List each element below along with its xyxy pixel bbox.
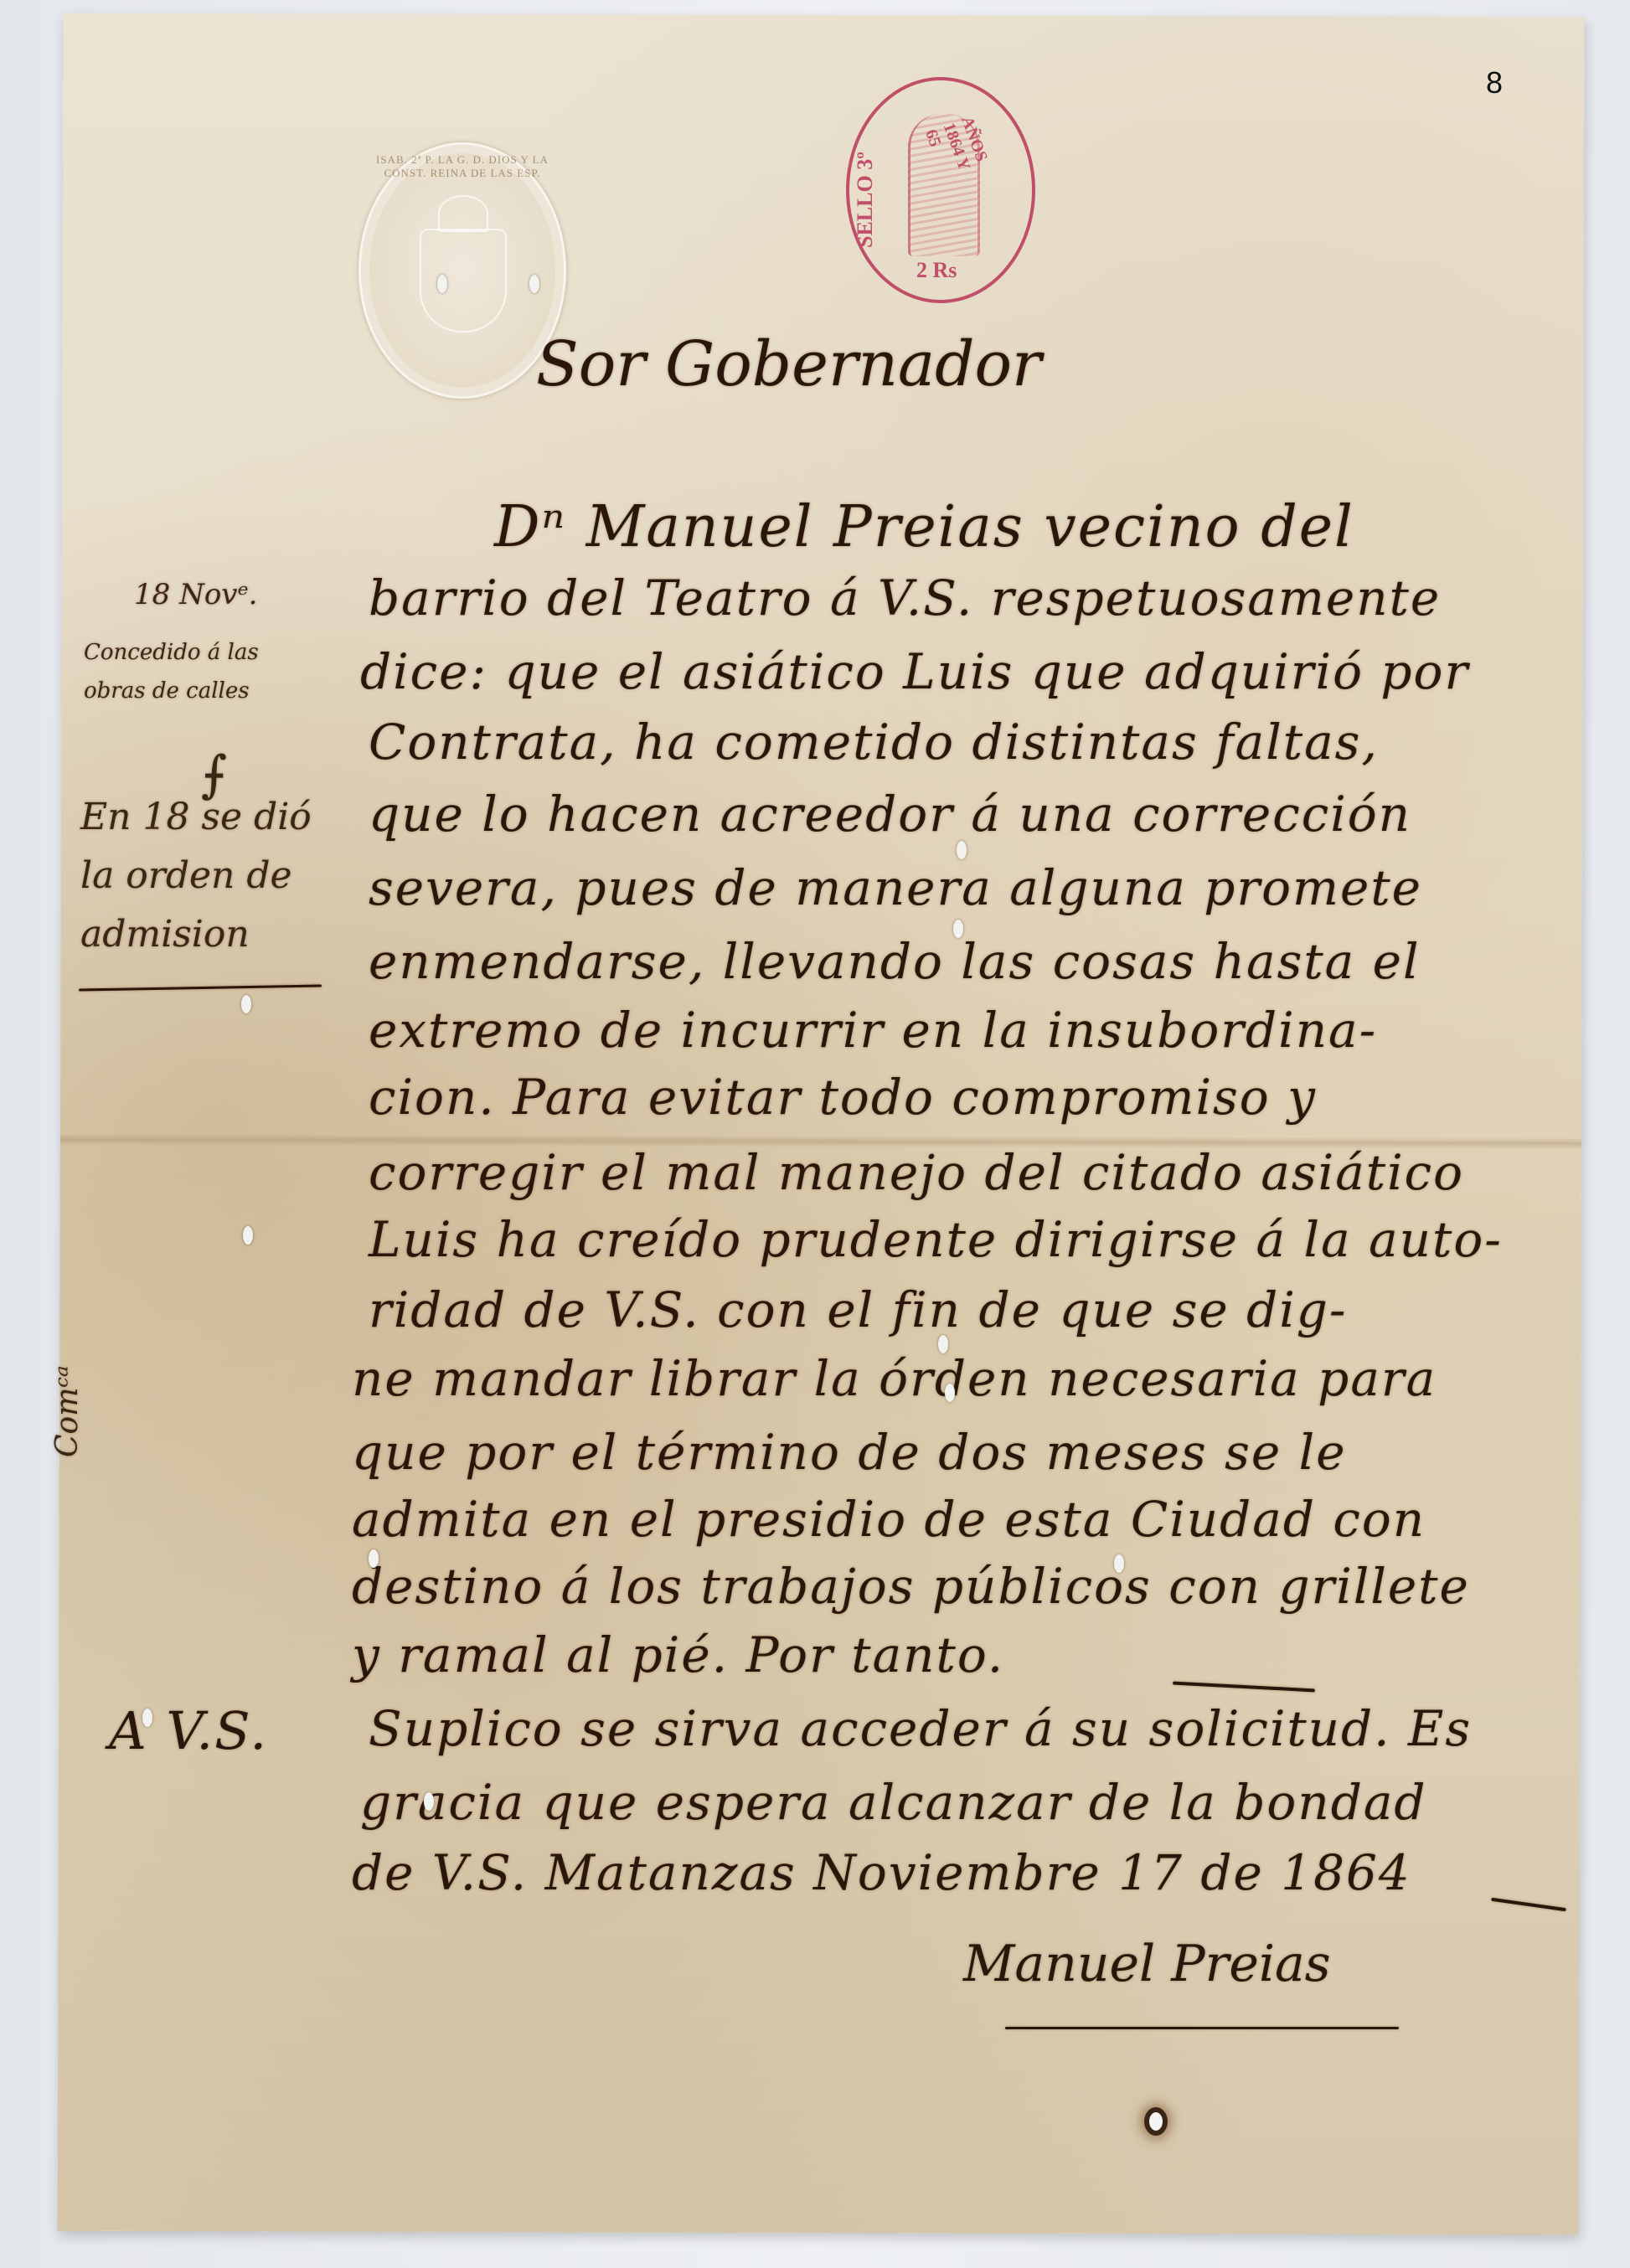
page-title: Sor Gobernador (536, 328, 1041, 400)
punch-hole (437, 275, 447, 293)
punch-hole (243, 1226, 253, 1245)
embossed-seal-legend: ISAB. 2ª P. LA G. D. DIOS Y LA CONST. RE… (361, 153, 564, 180)
body-line: gracia que espera alcanzar de la bondad (360, 1774, 1427, 1831)
margin-note-decree: obras de calles (84, 678, 250, 704)
margin-note-order: la orden de (80, 854, 292, 897)
signature-rubric (1005, 2027, 1399, 2029)
body-line: barrio del Teatro á V.S. respetuosamente (369, 570, 1441, 626)
body-line: extremo de incurrir en la insubordina- (369, 1002, 1377, 1059)
punch-hole (938, 1335, 948, 1353)
coat-of-arms-icon (420, 229, 507, 332)
margin-note-date: 18 Novᵉ. (134, 578, 257, 611)
punch-hole (953, 920, 963, 938)
body-line: cion. Para evitar todo compromiso y (369, 1069, 1317, 1126)
page-number: 8 (1486, 65, 1503, 101)
body-line: que lo hacen acreedor á una corrección (369, 786, 1411, 843)
body-line: Contrata, ha cometido distintas faltas, (369, 714, 1379, 771)
punch-hole (957, 841, 967, 859)
body-line: de V.S. Matanzas Noviembre 17 de 1864 (352, 1844, 1411, 1901)
body-line: Suplico se sirva acceder á su solicitud.… (369, 1700, 1472, 1757)
stamp-value: 2 Rs (916, 258, 957, 283)
embossed-seal-icon: ISAB. 2ª P. LA G. D. DIOS Y LA CONST. RE… (358, 142, 566, 399)
revenue-stamp: SELLO 3º AÑOS 1864 Y 65 2 Rs (846, 77, 1035, 303)
margin-note-order: En 18 se dió (80, 796, 312, 838)
punch-hole (241, 995, 251, 1013)
body-line: admita en el presidio de esta Ciudad con (352, 1491, 1426, 1548)
stamp-label-left: SELLO 3º (853, 152, 878, 248)
punch-hole (369, 1549, 379, 1568)
body-line: Dⁿ Manuel Preias vecino del (494, 494, 1354, 560)
body-line: dice: que el asiático Luis que adquirió … (360, 643, 1469, 700)
signature: Manuel Preias (963, 1935, 1331, 1993)
margin-note-decree: Concedido á las (84, 640, 259, 665)
crown-icon (438, 195, 488, 232)
punch-hole (529, 275, 539, 293)
punch-hole (424, 1792, 434, 1811)
body-line: severa, pues de manera alguna promete (369, 859, 1422, 916)
punch-hole (142, 1709, 152, 1727)
body-line: y ramal al pié. Por tanto. (352, 1626, 1004, 1683)
burn-hole (1149, 2112, 1163, 2131)
body-line: Luis ha creído prudente dirigirse á la a… (369, 1211, 1503, 1268)
salutation-margin: A V.S. (109, 1700, 268, 1761)
margin-note-vertical: Comᶜᵃ (50, 1365, 85, 1457)
body-line: que por el término de dos meses se le (352, 1424, 1347, 1481)
body-line: ridad de V.S. con el fin de que se dig- (369, 1281, 1348, 1338)
body-line: enmendarse, llevando las cosas hasta el (369, 933, 1421, 990)
body-line: destino á los trabajos públicos con gril… (352, 1558, 1470, 1615)
punch-hole (945, 1384, 955, 1402)
body-line: corregir el mal manejo del citado asiáti… (369, 1144, 1464, 1201)
margin-note-order: admision (80, 913, 250, 956)
body-line: ne mandar librar la órden necesaria para (352, 1350, 1437, 1407)
punch-hole (1114, 1554, 1124, 1573)
